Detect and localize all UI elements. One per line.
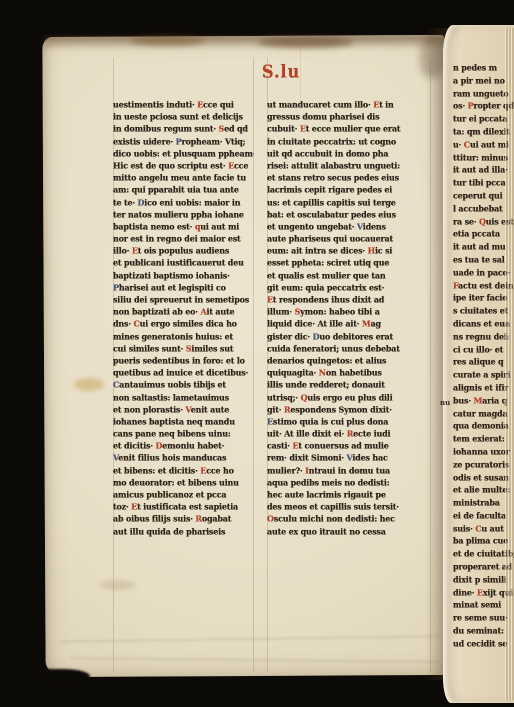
text-line: amicus publicanoz et pcca (113, 488, 254, 501)
ink-segment: ter natos mulieru ppha iohane (113, 209, 244, 220)
ink-segment: in ciuitate peccatrix: ut cogno (267, 136, 396, 147)
ink-segment: harisei aut et legispiti co (119, 282, 226, 293)
ink-segment: du seminat: (453, 625, 504, 636)
text-line: in domibus regum sunt· Sed qd (113, 122, 254, 135)
ink-segment: uestimentis induti· (113, 99, 197, 110)
text-line: et ungento ungebat· Videns (267, 220, 431, 233)
text-line: aut illu quida de phariseis (113, 525, 254, 538)
ink-segment: ud cecidit se (453, 638, 507, 649)
facing-page-edge: n pedes ma pir mei noram unguetoos· Prop… (443, 25, 514, 703)
ink-segment: ropheam· Vtiq; (181, 136, 245, 147)
ink-segment: espondens Symon dixit· (290, 404, 391, 415)
ink-segment: cubuit· (267, 123, 300, 134)
ink-segment: in ueste pciosa sunt et delicijs (113, 111, 243, 122)
ink-segment: t respondens ihus dixit ad (273, 294, 384, 305)
ink-segment: quetibus ad inuice et dicetibus· (113, 367, 248, 378)
ink-segment: casti· (267, 440, 292, 451)
ink-segment: t in (379, 99, 394, 110)
text-line: mulier?· Intraui in domu tua (267, 464, 431, 477)
ink-segment: ed qd (224, 123, 248, 134)
ink-segment: aut illu quida de phariseis (113, 526, 225, 537)
ink-segment: uis ergo eu plus dili (307, 392, 392, 403)
text-line: us: et capillis capitis sui terge (267, 196, 431, 209)
ink-segment: aute phariseus qui uocauerat (267, 233, 393, 244)
ink-segment: dicans et eua (453, 318, 510, 329)
text-line: cubuit· Et ecce mulier que erat (267, 122, 431, 135)
ink-segment: uade in pace· (453, 267, 510, 278)
ink-segment: baptizati baptismo iohanis· (113, 270, 230, 281)
ink-segment: git· (267, 404, 284, 415)
ink-segment: ci cu illo· et (453, 344, 503, 355)
text-line: ut manducaret cum illo· Et in (267, 98, 431, 111)
text-line: uit qd accubuit in domo pha (267, 147, 431, 160)
ink-segment: curate a spiri (453, 369, 510, 380)
ink-segment: te te· (113, 197, 138, 208)
ink-segment: ides hac (352, 452, 387, 463)
text-line: non saltastis: lametauimus (113, 391, 254, 404)
ink-segment: alignis et ifir (453, 382, 508, 393)
ink-segment: properaret ad (453, 561, 512, 572)
ink-segment: baptista nemo est· (113, 221, 195, 232)
ink-segment: antauimus uobis tibijs et (119, 379, 226, 390)
ink-segment: minat semi (453, 600, 501, 611)
ink-segment: gister dic· (267, 331, 313, 342)
ink-segment: et ungento ungebat· (267, 221, 357, 232)
text-line: Cantauimus uobis tibijs et (113, 378, 254, 391)
ink-segment: dine· (453, 587, 477, 598)
text-line: denarios quingetos: et alius (267, 354, 431, 367)
text-line: et publicani iustificauerut deu (113, 256, 254, 269)
ink-segment: os· (453, 100, 468, 111)
ink-segment: aqua pedibs meis no dedisti: (267, 477, 390, 488)
ink-segment: mines generatonis huius: et (113, 331, 233, 342)
ink-segment: stimo quia is cui plus dona (273, 416, 388, 427)
ink-segment: illis unde redderet; donauit (267, 379, 385, 390)
ink-segment: imiles sut (191, 343, 233, 354)
ink-segment: t iustificata est sapietia (137, 501, 238, 512)
ink-segment: iohanes baptista neq mandu (113, 416, 235, 427)
text-line: ab oibus filijs suis· Rogabat (113, 512, 254, 525)
ink-segment: esset ppheta: sciret utiq que (267, 257, 389, 268)
ink-segment: utrisq;· (267, 392, 301, 403)
ink-segment: quiquagita· (267, 367, 319, 378)
text-line: am: qui pparabit uia tua ante (113, 183, 254, 196)
text-line: uestimentis induti· Ecce qui (113, 98, 254, 111)
rubric-segment: O (267, 513, 274, 524)
ink-segment: bus· (453, 395, 474, 406)
ink-segment: in domibus regum sunt· (113, 123, 219, 134)
ink-segment: ico eni uobis: maior in (144, 197, 240, 208)
ink-segment: tur tibi pcca (453, 177, 506, 188)
ink-segment: existis uidere· (113, 136, 176, 147)
ink-segment: on habetibus (326, 367, 382, 378)
ink-segment: denarios quingetos: et alius (267, 355, 386, 366)
ink-segment: hec aute lacrimis rigauit pe (267, 489, 386, 500)
ink-segment: ut manducaret cum illo· (267, 99, 373, 110)
text-line: et qualis est mulier que tan (267, 269, 431, 282)
ink-segment: ram ungueto (453, 88, 509, 99)
ink-segment: Hic est de quo scriptu est· (113, 160, 228, 171)
ink-segment: eum: ait intra se dices· (267, 245, 368, 256)
ink-segment: it aut ad illa· (453, 164, 508, 175)
rubric-segment: Q (479, 216, 486, 227)
text-line: illis unde redderet; donauit (267, 378, 431, 391)
ink-segment: ipe iter facie (453, 292, 507, 303)
ink-segment: ze pcuratoris (453, 459, 509, 470)
ink-segment: a pir mei no (453, 75, 505, 86)
text-line: existis uidere· Propheam· Vtiq; (113, 135, 254, 148)
text-line: liquid dice· At ille ait· Mag (267, 317, 431, 330)
ink-segment: aute ex quo itrauit no cessa (267, 526, 386, 537)
text-line: gister dic· Duo debitores erat (267, 330, 431, 343)
text-line: risei: attulit alabastru ungueti: (267, 159, 431, 172)
text-line: Osculu michi non dedisti: hec (267, 512, 431, 525)
text-line: Hic est de quo scriptu est· Ecce (113, 159, 254, 172)
text-line: siliu dei spreuerut in semetipos (113, 293, 254, 306)
ink-segment: ra se· (453, 216, 479, 227)
ink-segment: et dicitis· (113, 440, 156, 451)
text-line: aqua pedibs meis no dedisti: (267, 476, 431, 489)
ink-segment: u· (453, 139, 464, 150)
ink-segment: ag (371, 318, 381, 329)
ink-segment: idens (363, 221, 386, 232)
ink-segment: et qualis est mulier que tan (267, 270, 385, 281)
ink-segment: ui aut mi (470, 139, 509, 150)
ink-segment: qua demonia (453, 420, 509, 431)
ink-segment: ui aut mi (200, 221, 239, 232)
text-column-right: ut manducaret cum illo· Et ingressus dom… (267, 98, 431, 537)
text-line: mines generatonis huius: et (113, 330, 254, 343)
text-line: et bibens: et dicitis· Ecce ho (113, 464, 254, 477)
ink-segment: enit filius hois manducas (118, 452, 226, 463)
ink-segment: mitto angelu meu ante facie tu (113, 172, 246, 183)
rubric-segment: N (319, 367, 326, 378)
text-line: hec aute lacrimis rigauit pe (267, 488, 431, 501)
text-line: rem· dixit Simoni· Vides hac (267, 451, 431, 464)
ink-segment: es tua te sal (453, 254, 505, 265)
ink-segment: nor est in regno dei maior est (113, 233, 241, 244)
ink-segment: uit· At ille dixit ei· (267, 428, 347, 439)
ink-segment: amicus publicanoz et pcca (113, 489, 226, 500)
ink-segment: cuida feneratori; unus debebat (267, 343, 400, 354)
ink-segment: re seme suu· (453, 612, 508, 623)
ink-segment: ta: qm dilexit (453, 126, 510, 137)
text-line: in ciuitate peccatrix: ut cogno (267, 135, 431, 148)
ink-segment: dico uobis: et plusquam ppheam· (113, 148, 254, 159)
ink-segment: cans pane neq bibens uinu: (113, 428, 231, 439)
ink-segment: mo deuorator: et bibens uinu (113, 477, 239, 488)
ink-segment: pueris sedentibus in foro: et lo (113, 355, 245, 366)
text-line: git eum: quia peccatrix est· (267, 281, 431, 294)
ink-segment: t ecce mulier que erat (306, 123, 401, 134)
ink-segment: emoniu habet· (162, 440, 224, 451)
text-line: et non plorastis· Venit aute (113, 403, 254, 416)
ink-segment: gressus domu pharisei dis (267, 111, 379, 122)
ink-segment: mulier?· (267, 465, 305, 476)
text-line: dns· Cui ergo similes dica ho (113, 317, 254, 330)
text-line: iohanes baptista neq mandu (113, 415, 254, 428)
ink-segment: tur ei pccata (453, 113, 507, 124)
running-title: S.lu (262, 61, 300, 82)
text-line: Estimo quia is cui plus dona (267, 415, 431, 428)
ink-segment: dns· (113, 318, 134, 329)
text-line: baptista nemo est· qui aut mi (113, 220, 254, 233)
ink-segment: ui ergo similes dica ho (140, 318, 237, 329)
ink-segment: us: et capillis capitis sui terge (267, 197, 396, 208)
ink-segment: dixit p simili (453, 574, 507, 585)
ink-segment: et publicani iustificauerut deu (113, 257, 244, 268)
text-line: baptizati baptismo iohanis· (113, 269, 254, 282)
ink-segment: ntraui in domu tua (309, 465, 390, 476)
ink-segment: res alique q (453, 356, 503, 367)
ink-segment: non saltastis: lametauimus (113, 392, 229, 403)
text-line: mo deuorator: et bibens uinu (113, 476, 254, 489)
ink-segment: tem exierat: (453, 433, 505, 444)
ink-segment: l accubebat (453, 203, 503, 214)
ink-segment: suis· (453, 523, 475, 534)
ink-segment: bat: et osculabatur pedes eius (267, 209, 396, 220)
ink-segment: cce (234, 160, 248, 171)
text-line: lacrimis cepit rigare pedes ei (267, 183, 431, 196)
ink-segment: enit aute (191, 404, 229, 415)
page-stack-edges (505, 28, 514, 700)
ink-segment: illum· (267, 306, 295, 317)
text-line: Et respondens ihus dixit ad (267, 293, 431, 306)
text-line: pueris sedentibus in foro: et lo (113, 354, 254, 367)
text-line: ter natos mulieru ppha iohane (113, 208, 254, 221)
ink-segment: risei: attulit alabastru ungueti: (267, 160, 400, 171)
text-column-left: uestimentis induti· Ecce quiin ueste pci… (113, 98, 254, 537)
ink-segment: ecte iudi (353, 428, 390, 439)
rubric-segment: M (362, 318, 371, 329)
ink-segment: non baptizati ab eo· (113, 306, 200, 317)
quire-mark: nu (440, 398, 450, 407)
ink-segment: ab oibus filijs suis· (113, 513, 195, 524)
ink-segment: toz· (113, 501, 131, 512)
ink-segment: am: qui pparabit uia tua ante (113, 184, 239, 195)
ink-segment: git eum: quia peccatrix est· (267, 282, 384, 293)
ink-segment: uit qd accubuit in domo pha (267, 148, 388, 159)
text-line: utrisq;· Quis ergo eu plus dili (267, 391, 431, 404)
ink-segment: ba plima cue (453, 536, 508, 547)
ink-segment: ceperut qui (453, 190, 502, 201)
ink-segment: aria q (482, 395, 507, 406)
rubric-segment: H (368, 245, 375, 256)
ink-segment: ic si (375, 245, 392, 256)
ink-segment: ogabat (202, 513, 231, 524)
ink-segment: odis et susan (453, 472, 509, 483)
ink-segment: siliu dei spreuerut in semetipos (113, 294, 249, 305)
ink-segment: rem· dixit Simoni· (267, 452, 347, 463)
ink-segment: cui similes sunt· (113, 343, 186, 354)
ink-segment: des meos et capillis suis tersit· (267, 501, 399, 512)
ink-segment: cce ho (206, 465, 234, 476)
ink-segment: et alie multe: (453, 484, 510, 495)
text-line: cui similes sunt· Similes sut (113, 342, 254, 355)
ink-segment: et non plorastis· (113, 404, 185, 415)
ink-segment: s ciuitates et (453, 305, 508, 316)
ink-segment: ttitur: minus (453, 152, 508, 163)
ink-segment: liquid dice· At ille ait· (267, 318, 362, 329)
ink-segment: cce qui (203, 99, 234, 110)
text-line: bat: et osculabatur pedes eius (267, 208, 431, 221)
ink-segment: u aut (481, 523, 503, 534)
ink-segment: illo· (113, 245, 132, 256)
ink-segment: uo debitores erat (319, 331, 393, 342)
ink-segment: ei de faculta (453, 510, 506, 521)
ink-segment: it aute (206, 306, 234, 317)
text-line: git· Respondens Symon dixit· (267, 403, 431, 416)
ink-segment: t ois populus audiens (138, 245, 229, 256)
text-line: aute ex quo itrauit no cessa (267, 525, 431, 538)
ink-segment: it aut ad mu (453, 241, 505, 252)
ink-segment: et bibens: et dicitis· (113, 465, 200, 476)
text-line: Venit filius hois manducas (113, 451, 254, 464)
manuscript-photo: S.lu uestimentis induti· Ecce quiin uest… (0, 0, 514, 707)
text-line: dico uobis: et plusquam ppheam· (113, 147, 254, 160)
ink-segment: etia pccata (453, 228, 500, 239)
ink-segment: lacrimis cepit rigare pedes ei (267, 184, 392, 195)
text-line: esset ppheta: sciret utiq que (267, 256, 431, 269)
text-line: cuida feneratori; unus debebat (267, 342, 431, 355)
text-line: Pharisei aut et legispiti co (113, 281, 254, 294)
ink-segment: ymon: habeo tibi a (300, 306, 380, 317)
rubric-segment: M (474, 395, 483, 406)
ink-segment: et stans retro secus pedes eius (267, 172, 399, 183)
text-line: te te· Dico eni uobis: maior in (113, 196, 254, 209)
ink-segment: iohanna uxor (453, 446, 510, 457)
ink-segment: n pedes m (453, 62, 497, 73)
ink-segment: catur magda (453, 408, 507, 419)
ink-segment: sculu michi non dedisti: hec (274, 513, 395, 524)
ink-segment: t conuersus ad mulie (298, 440, 388, 451)
ink-segment: ns regnu dei: (453, 331, 510, 342)
ink-segment: ministraba (453, 497, 500, 508)
